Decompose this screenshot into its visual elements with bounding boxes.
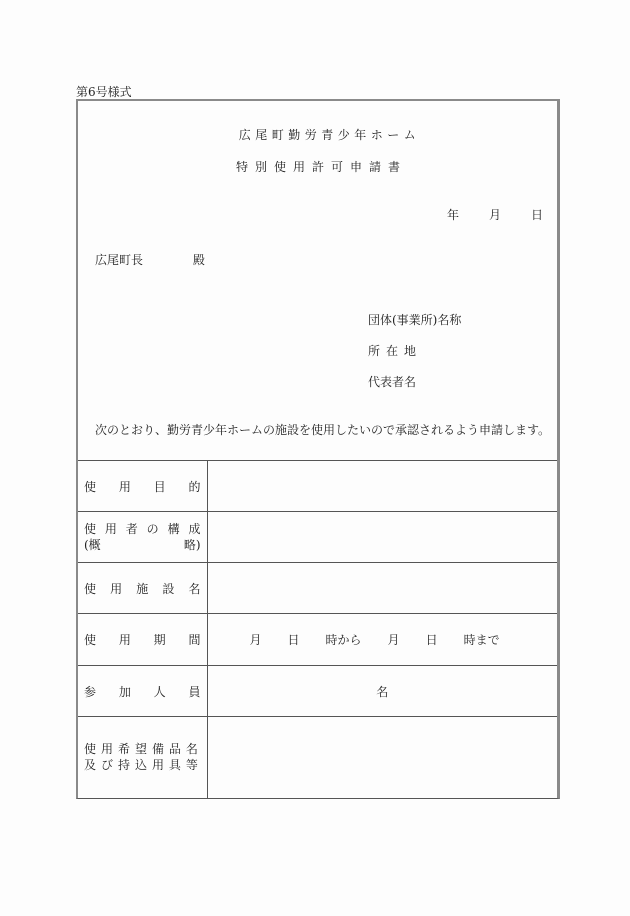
table-row-participants: 参 加 人 員 名 [78,666,557,717]
period-value-cell[interactable]: 月 日 時から 月 日 時まで [207,614,557,666]
period-label: 使 用 期 間 [78,614,207,666]
user-composition-label: 使 用 者 の 構 成 (概 略) [78,512,207,563]
address-label: 所在地 [368,344,461,375]
period-to-month: 月 [388,631,400,648]
purpose-label: 使 用 目 的 [78,461,207,512]
date-day-label: 日 [531,206,543,223]
period-from-time: 時から [326,631,362,648]
period-to-day: 日 [426,631,438,648]
date-month-label: 月 [489,206,501,223]
application-details-table: 使 用 目 的 使 用 者 の 構 成 (概 [78,460,557,798]
table-row-period: 使 用 期 間 月 日 時から 月 日 時まで [78,614,557,666]
date-line: 年 月 日 [447,206,543,223]
facility-name-value-cell[interactable] [207,563,557,614]
facility-title: 広尾町勤労青少年ホーム [78,126,569,143]
date-year-label: 年 [447,206,459,223]
facility-name-label: 使 用 施 設 名 [78,563,207,614]
representative-name-label: 代表者名 [368,375,461,406]
table-row-purpose: 使 用 目 的 [78,461,557,512]
table-row-facility-name: 使 用 施 設 名 [78,563,557,614]
participants-value-cell[interactable]: 名 [207,666,557,717]
period-to-time: 時まで [464,631,500,648]
document-title: 特別使用許可申請書 [78,158,561,175]
purpose-value-cell[interactable] [207,461,557,512]
addressee-honorific: 殿 [193,253,205,267]
table-row-user-composition: 使 用 者 の 構 成 (概 略) [78,512,557,563]
participants-unit: 名 [376,685,388,699]
participants-label: 参 加 人 員 [78,666,207,717]
period-from-day: 日 [288,631,300,648]
addressee: 広尾町長 殿 [95,251,205,268]
applicant-block: 団体(事業所)名称 所在地 代表者名 [368,313,461,406]
period-from-month: 月 [250,631,262,648]
organization-name-label: 団体(事業所)名称 [368,313,461,344]
equipment-value-cell[interactable] [207,717,557,798]
application-statement: 次のとおり、勤労青少年ホームの施設を使用したいので承認されるよう申請します。 [95,421,550,438]
addressee-name: 広尾町長 [95,253,143,267]
table-row-equipment: 使 用 希 望 備 品 名 及 び 持 込 用 具 等 [78,717,557,798]
user-composition-value-cell[interactable] [207,512,557,563]
equipment-label: 使 用 希 望 備 品 名 及 び 持 込 用 具 等 [78,717,207,798]
form-id: 第6号様式 [76,83,132,100]
application-form-box: 広尾町勤労青少年ホーム 特別使用許可申請書 年 月 日 広尾町長 殿 団体(事業… [76,99,560,799]
